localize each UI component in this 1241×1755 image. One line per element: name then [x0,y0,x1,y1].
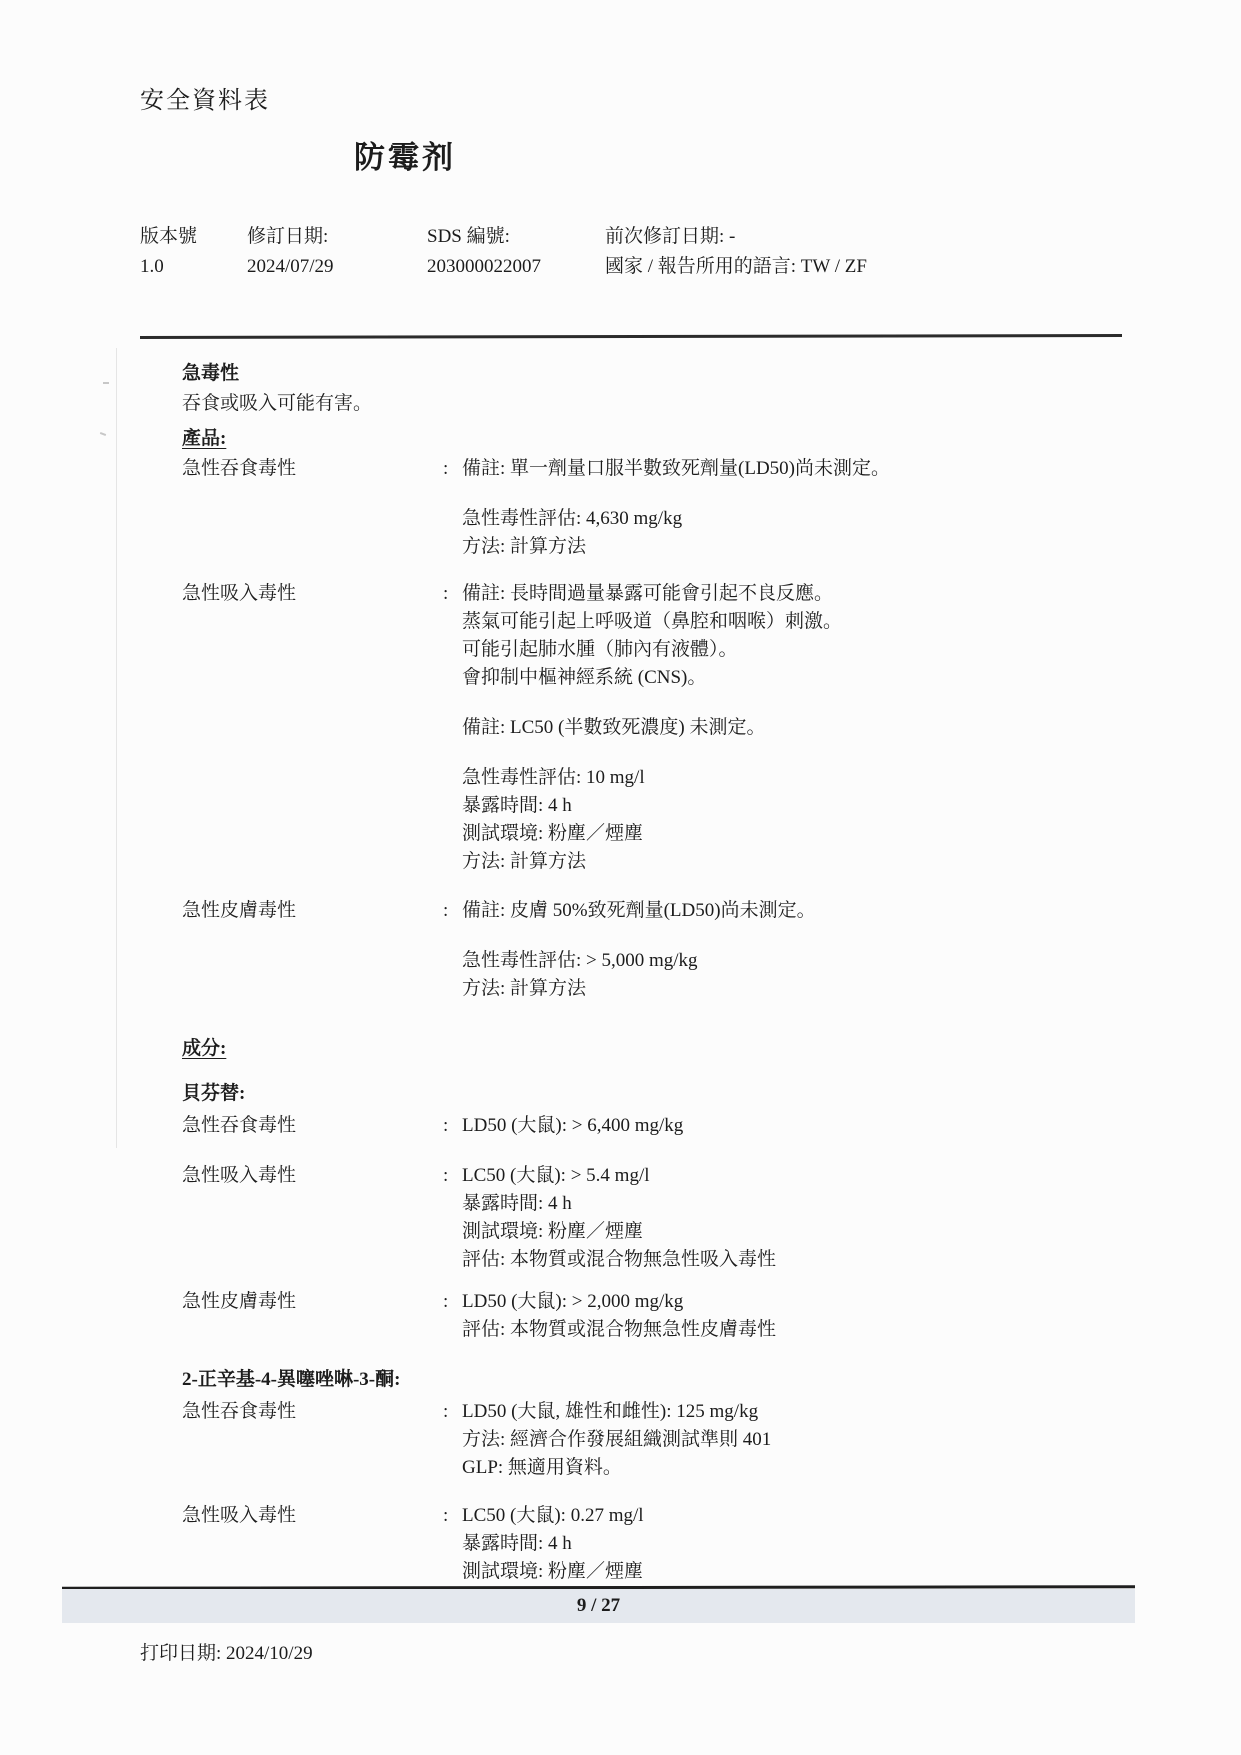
header-meta: 版本號 1.0 修訂日期: 2024/07/29 SDS 編號: 2030000… [140,222,1115,282]
row-value: LD50 (大鼠): > 6,400 mg/kg [462,1112,1112,1140]
row-label: 急性皮膚毒性 [182,897,443,925]
row-colon: : [443,1398,462,1426]
sds-number-value: 203000022007 [427,252,605,282]
row-colon: : [443,1112,462,1140]
previous-revision-column: 前次修訂日期: - 國家 / 報告所用的語言: TW / ZF [605,222,1115,282]
revision-date-value: 2024/07/29 [247,252,427,282]
row-value: LD50 (大鼠): > 2,000 mg/kg評估: 本物質或混合物無急性皮膚… [462,1288,1112,1344]
scan-edge-line [116,348,117,1148]
toxicity-row-product-oral: 急性吞食毒性 : 備註: 單一劑量口服半數致死劑量(LD50)尚未測定。急性毒性… [182,455,1112,561]
component1-name: 貝芬替: [182,1080,1112,1108]
scan-mark [103,382,109,384]
toxicity-row-product-inhalation: 急性吸入毒性 : 備註: 長時間過量暴露可能會引起不良反應。蒸氣可能引起上呼吸道… [182,580,1112,876]
scan-mark [100,432,106,436]
row-value: LC50 (大鼠): 0.27 mg/l暴露時間: 4 h測試環境: 粉塵／煙塵 [462,1502,1112,1586]
row-label: 急性吞食毒性 [182,455,443,483]
page-number: 9 / 27 [577,1595,620,1617]
acute-toxicity-heading: 急毒性 [182,360,1112,388]
page-body: 急毒性 吞食或吸入可能有害。 產品: 急性吞食毒性 : 備註: 單一劑量口服半數… [182,352,1112,1586]
sds-number-label: SDS 編號: [427,222,605,252]
header-divider [140,334,1122,339]
row-colon: : [443,897,462,925]
row-colon: : [443,455,462,483]
toxicity-row-comp1-inhalation: 急性吸入毒性 : LC50 (大鼠): > 5.4 mg/l暴露時間: 4 h測… [182,1162,1112,1274]
row-value: 備註: 長時間過量暴露可能會引起不良反應。蒸氣可能引起上呼吸道（鼻腔和咽喉）刺激… [462,580,1112,876]
country-language: 國家 / 報告所用的語言: TW / ZF [605,252,1115,282]
row-label: 急性吞食毒性 [182,1112,443,1140]
revision-date-column: 修訂日期: 2024/07/29 [247,222,427,282]
product-title: 防霉剂 [354,132,456,177]
row-label: 急性吸入毒性 [182,1502,443,1530]
row-colon: : [443,580,462,608]
toxicity-row-comp2-oral: 急性吞食毒性 : LD50 (大鼠, 雄性和雌性): 125 mg/kg方法: … [182,1398,1112,1482]
version-label: 版本號 [140,222,247,252]
row-colon: : [443,1162,462,1190]
row-label: 急性吸入毒性 [182,1162,443,1190]
previous-revision: 前次修訂日期: - [605,222,1115,252]
row-value: 備註: 單一劑量口服半數致死劑量(LD50)尚未測定。急性毒性評估: 4,630… [462,455,1112,561]
row-value: LD50 (大鼠, 雄性和雌性): 125 mg/kg方法: 經濟合作發展組織測… [462,1398,1112,1482]
row-value: LC50 (大鼠): > 5.4 mg/l暴露時間: 4 h測試環境: 粉塵／煙… [462,1162,1112,1274]
page-number-band: 9 / 27 [62,1589,1135,1623]
row-label: 急性吸入毒性 [182,580,443,608]
toxicity-row-comp1-dermal: 急性皮膚毒性 : LD50 (大鼠): > 2,000 mg/kg評估: 本物質… [182,1288,1112,1344]
row-label: 急性吞食毒性 [182,1398,443,1426]
version-value: 1.0 [140,252,247,282]
row-colon: : [443,1502,462,1530]
document-type-title: 安全資料表 [140,80,270,115]
component2-name: 2-正辛基-4-異噻唑啉-3-酮: [182,1366,1112,1394]
row-label: 急性皮膚毒性 [182,1288,443,1316]
toxicity-row-product-dermal: 急性皮膚毒性 : 備註: 皮膚 50%致死劑量(LD50)尚未測定。急性毒性評估… [182,897,1112,1003]
row-colon: : [443,1288,462,1316]
print-date: 打印日期: 2024/10/29 [140,1638,313,1665]
row-value: 備註: 皮膚 50%致死劑量(LD50)尚未測定。急性毒性評估: > 5,000… [462,897,1112,1003]
sds-number-column: SDS 編號: 203000022007 [427,222,605,282]
revision-date-label: 修訂日期: [247,222,427,252]
acute-toxicity-statement: 吞食或吸入可能有害。 [182,390,1112,418]
components-section-heading: 成分: [182,1035,1112,1063]
product-section-heading: 產品: [182,425,1112,453]
version-column: 版本號 1.0 [140,222,247,282]
toxicity-row-comp1-oral: 急性吞食毒性 : LD50 (大鼠): > 6,400 mg/kg [182,1112,1112,1140]
toxicity-row-comp2-inhalation: 急性吸入毒性 : LC50 (大鼠): 0.27 mg/l暴露時間: 4 h測試… [182,1502,1112,1586]
